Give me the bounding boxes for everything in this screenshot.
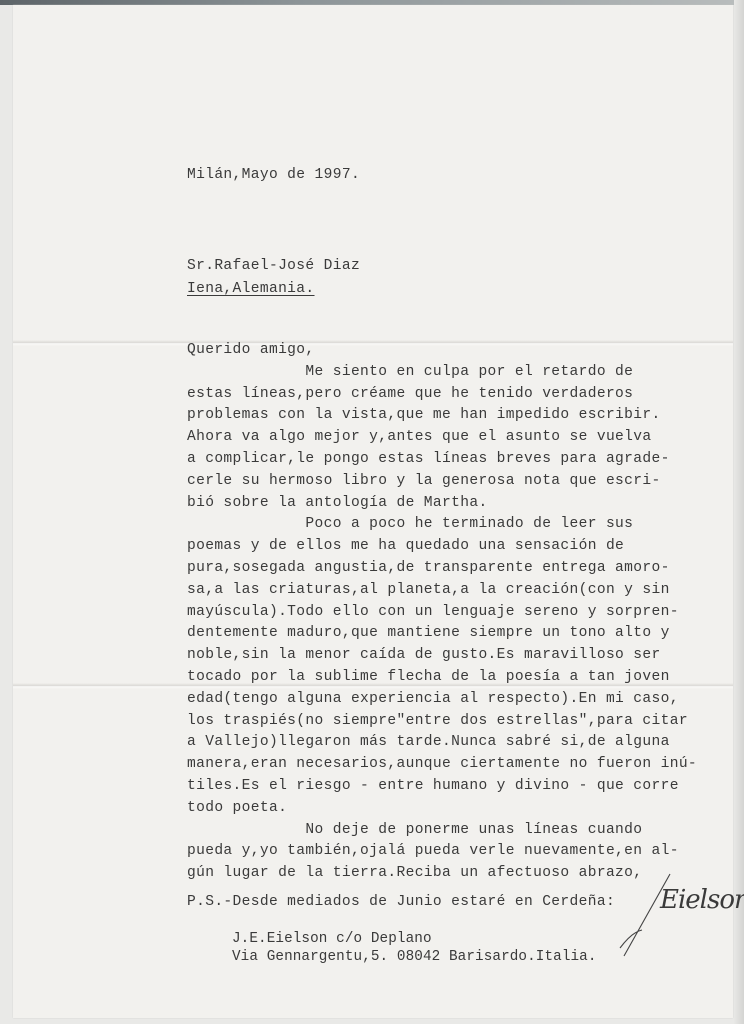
letter-line: pueda y,yo también,ojalá pueda verle nue… — [187, 841, 697, 863]
letter-line: todo poeta. — [187, 798, 697, 820]
letter-line: problemas con la vista,que me han impedi… — [187, 405, 697, 427]
letter-line: dentemente maduro,que mantiene siempre u… — [187, 623, 697, 645]
letter-line: a complicar,le pongo estas líneas breves… — [187, 449, 697, 471]
letter-line: Querido amigo, — [187, 340, 697, 362]
recipient-name: Sr.Rafael-José Diaz — [187, 255, 360, 278]
letter-line: estas líneas,pero créame que he tenido v… — [187, 384, 697, 406]
letter-date: Milán,Mayo de 1997. — [187, 165, 360, 187]
address-line: Via Gennargentu,5. 08042 Barisardo.Itali… — [232, 948, 597, 966]
letter-line: tiles.Es el riesgo - entre humano y divi… — [187, 776, 697, 798]
letter-line: pura,sosegada angustia,de transparente e… — [187, 558, 697, 580]
letter-line: a Vallejo)llegaron más tarde.Nunca sabré… — [187, 732, 697, 754]
letter-line: mayúscula).Todo ello con un lenguaje ser… — [187, 602, 697, 624]
letter-line: Poco a poco he terminado de leer sus — [187, 514, 697, 536]
letter-line: manera,eran necesarios,aunque ciertament… — [187, 754, 697, 776]
handwritten-signature: Eielson — [660, 885, 744, 915]
letter-body: Querido amigo, Me siento en culpa por el… — [187, 340, 697, 885]
postscript: P.S.-Desde mediados de Junio estaré en C… — [187, 892, 615, 914]
recipient-place: Iena,Alemania. — [187, 278, 360, 301]
address-line: J.E.Eielson c/o Deplano — [232, 930, 597, 948]
letter-line: los traspiés(no siempre"entre dos estrel… — [187, 711, 697, 733]
letter-line: bió sobre la antología de Martha. — [187, 493, 697, 515]
letter-line: noble,sin la menor caída de gusto.Es mar… — [187, 645, 697, 667]
scan-right-edge — [734, 0, 744, 1024]
return-address: J.E.Eielson c/o DeplanoVia Gennargentu,5… — [232, 912, 597, 966]
letter-line: No deje de ponerme unas líneas cuando — [187, 820, 697, 842]
letter-line: Ahora va algo mejor y,antes que el asunt… — [187, 427, 697, 449]
letter-line: tocado por la sublime flecha de la poesí… — [187, 667, 697, 689]
letter-line: sa,a las criaturas,al planeta,a la creac… — [187, 580, 697, 602]
letter-line: edad(tengo alguna experiencia al respect… — [187, 689, 697, 711]
letter-line: poemas y de ellos me ha quedado una sens… — [187, 536, 697, 558]
letter-line: cerle su hermoso libro y la generosa not… — [187, 471, 697, 493]
signature-stroke — [610, 870, 720, 960]
recipient-block: Sr.Rafael-José DiazIena,Alemania. — [187, 255, 360, 301]
letter-line: Me siento en culpa por el retardo de — [187, 362, 697, 384]
